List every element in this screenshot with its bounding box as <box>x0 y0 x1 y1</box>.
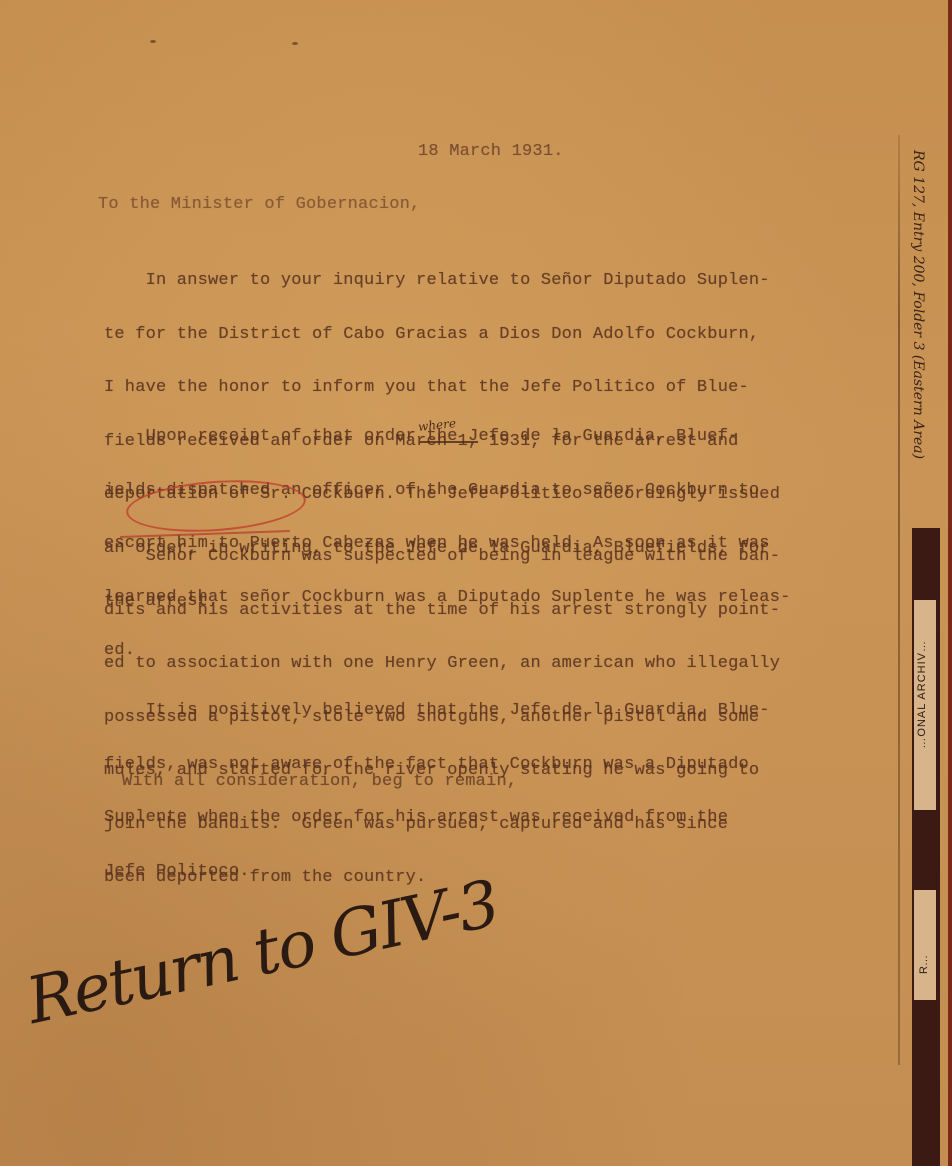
margin-note: RG 127, Entry 200, Folder 3 (Eastern Are… <box>906 150 926 490</box>
text-line: fields, was not aware of the fact that C… <box>104 756 770 774</box>
text-line: dits and his activities at the time of h… <box>104 602 780 620</box>
letter-closing: With all consideration, beg to remain, <box>122 773 517 791</box>
letter-salutation: To the Minister of Gobernacion, <box>98 196 420 214</box>
letter-date: 18 March 1931. <box>418 143 564 161</box>
document-page: 18 March 1931. To the Minister of Gobern… <box>0 0 952 1166</box>
page-edge <box>948 0 952 1166</box>
text-line: Señor Cockburn was suspected of being in… <box>104 548 780 566</box>
archive-stamp-label: …ONAL ARCHIV… <box>916 640 928 749</box>
text-line: te for the District of Cabo Gracias a Di… <box>104 326 780 344</box>
pencil-strikethrough <box>420 441 478 443</box>
text-line: It is positively believed that the Jefe … <box>104 702 770 720</box>
paper-speck <box>292 42 298 45</box>
fold-line <box>898 135 900 1065</box>
archive-label-tab <box>914 890 936 1000</box>
text-line: In answer to your inquiry relative to Se… <box>104 272 780 290</box>
text-line: Suplente when the order for his arrest w… <box>104 809 770 827</box>
archive-stamp-label: R… <box>918 955 930 974</box>
paper-speck <box>150 40 156 43</box>
